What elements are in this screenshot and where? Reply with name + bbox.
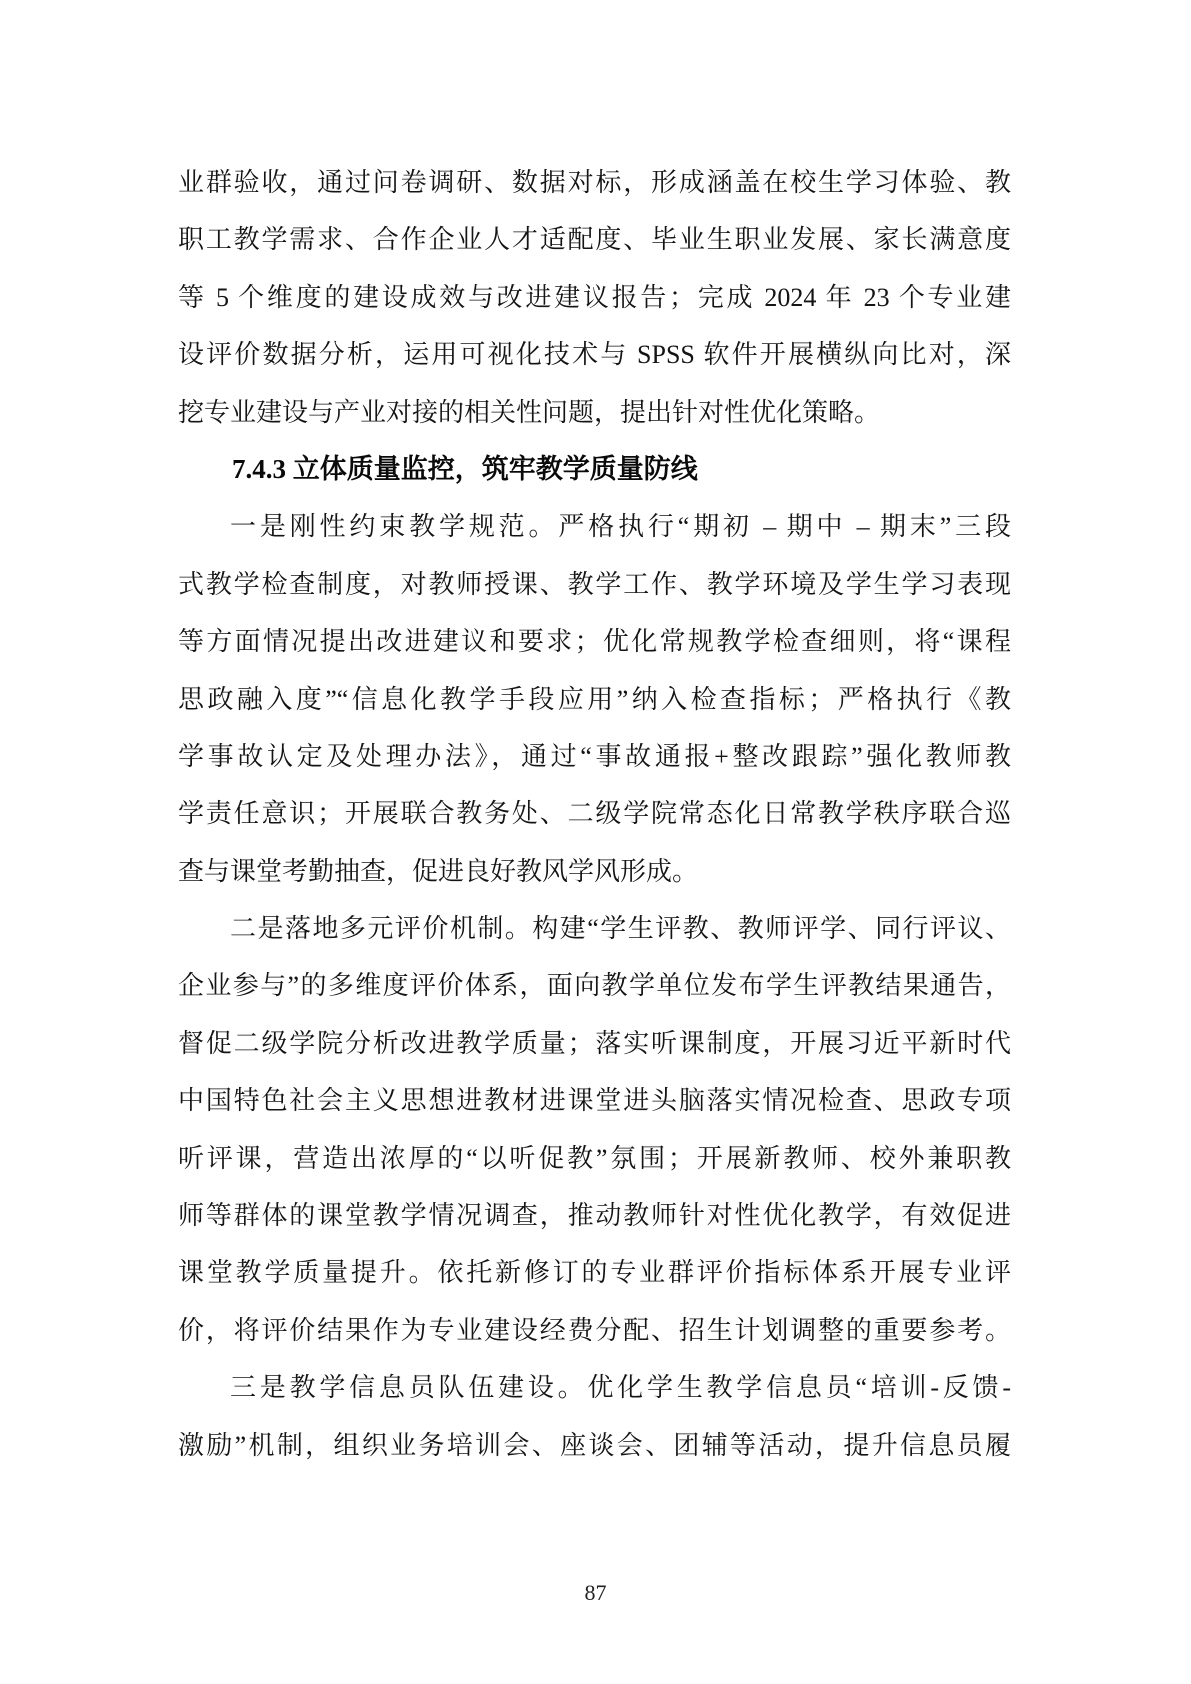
text-line: 三是教学信息员队伍建设。优化学生教学信息员“培训-反馈- [178,1359,1011,1416]
section-heading: 7.4.3 立体质量监控，筑牢教学质量防线 [178,441,1011,498]
text-line: 挖专业建设与产业对接的相关性问题，提出针对性优化策略。 [178,384,1011,441]
text-line: 查与课堂考勤抽查，促进良好教风学风形成。 [178,843,1011,900]
text-line: 企业参与”的多维度评价体系，面向教学单位发布学生评教结果通告， [178,957,1011,1014]
text-line: 等 5 个维度的建设成效与改进建议报告；完成 2024 年 23 个专业建 [178,269,1011,326]
document-page: 业群验收，通过问卷调研、数据对标，形成涵盖在校生学习体验、教职工教学需求、合作企… [0,0,1191,1684]
text-line: 思政融入度”“信息化教学手段应用”纳入检查指标；严格执行《教 [178,671,1011,728]
page-number: 87 [0,1578,1191,1608]
text-line: 式教学检查制度，对教师授课、教学工作、教学环境及学生学习表现 [178,556,1011,613]
text-line: 激励”机制，组织业务培训会、座谈会、团辅等活动，提升信息员履 [178,1417,1011,1474]
text-line: 课堂教学质量提升。依托新修订的专业群评价指标体系开展专业评 [178,1244,1011,1301]
text-line: 学责任意识；开展联合教务处、二级学院常态化日常教学秩序联合巡 [178,785,1011,842]
text-line: 设评价数据分析，运用可视化技术与 SPSS 软件开展横纵向比对，深 [178,326,1011,383]
document-body: 业群验收，通过问卷调研、数据对标，形成涵盖在校生学习体验、教职工教学需求、合作企… [178,154,1011,1474]
text-line: 听评课，营造出浓厚的“以听促教”氛围；开展新教师、校外兼职教 [178,1130,1011,1187]
text-line: 等方面情况提出改进建议和要求；优化常规教学检查细则，将“课程 [178,613,1011,670]
text-line: 职工教学需求、合作企业人才适配度、毕业生职业发展、家长满意度 [178,211,1011,268]
text-line: 一是刚性约束教学规范。严格执行“期初 – 期中 – 期末”三段 [178,498,1011,555]
text-line: 中国特色社会主义思想进教材进课堂进头脑落实情况检查、思政专项 [178,1072,1011,1129]
text-line: 二是落地多元评价机制。构建“学生评教、教师评学、同行评议、 [178,900,1011,957]
text-line: 督促二级学院分析改进教学质量；落实听课制度，开展习近平新时代 [178,1015,1011,1072]
text-line: 师等群体的课堂教学情况调查，推动教师针对性优化教学，有效促进 [178,1187,1011,1244]
text-line: 业群验收，通过问卷调研、数据对标，形成涵盖在校生学习体验、教 [178,154,1011,211]
text-line: 学事故认定及处理办法》，通过“事故通报+整改跟踪”强化教师教 [178,728,1011,785]
text-line: 价，将评价结果作为专业建设经费分配、招生计划调整的重要参考。 [178,1302,1011,1359]
